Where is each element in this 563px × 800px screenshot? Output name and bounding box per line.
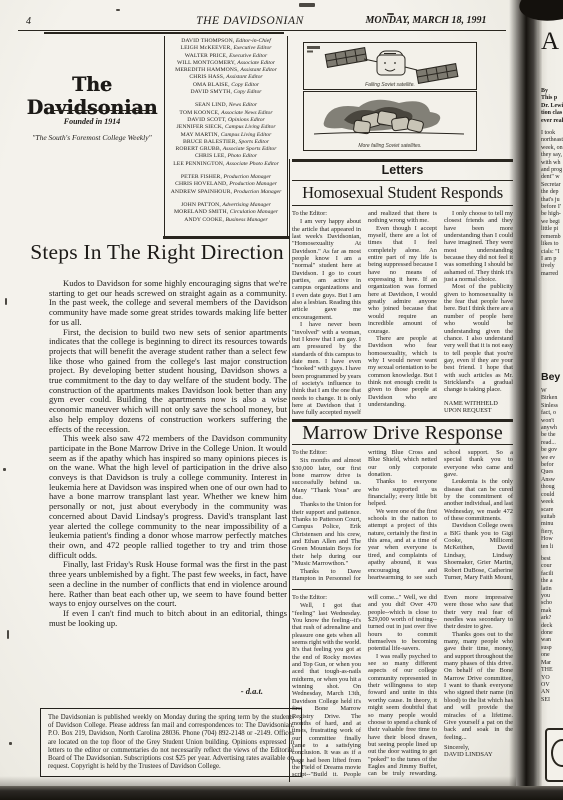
fragment-line: ten li xyxy=(541,544,558,551)
fragment-line: best xyxy=(541,556,553,563)
staff-member: OMA BLAISE, Copy Editor xyxy=(166,82,286,89)
cartoon-caption-1: Falling Soviet satellite. xyxy=(304,82,476,88)
fragment-line: latin xyxy=(541,586,553,593)
letter1-salutation: To the Editor: xyxy=(292,210,361,217)
staff-member: MORELAND SMITH, Circulation Manager xyxy=(166,209,286,216)
cartoon-caption-2: More falling Soviet satellites. xyxy=(304,143,476,149)
scan-speck xyxy=(299,3,315,7)
running-head-title: THE DAVIDSONIAN xyxy=(150,15,350,27)
fragment-line: thoug xyxy=(541,484,558,491)
fragment-line: YO xyxy=(541,675,553,682)
fragment-line: we begi xyxy=(541,219,563,226)
letter-paragraph: I only choose to tell my closest friends… xyxy=(444,210,513,283)
letter-closing: Sincerely, xyxy=(444,744,513,751)
fragment-line: and prog xyxy=(541,167,563,174)
letters-rule-under-heading xyxy=(292,180,513,181)
editorial-paragraph: If even I can't find much to bitch about… xyxy=(49,609,287,628)
editorial-headline: Steps In The Right Direction xyxy=(24,240,290,265)
cartoon-panel-2: More falling Soviet satellites. xyxy=(303,91,477,151)
staff-member: TOM KOONCE, Associate News Editor xyxy=(166,110,286,117)
ad-circle-glyph xyxy=(551,739,563,767)
staff-member: JENNIFER SIECK, Campus Living Editor xyxy=(166,124,286,131)
page-number: 4 xyxy=(26,16,31,27)
staff-member: PETER FISHER, Production Manager xyxy=(166,174,286,181)
letter-signature-line: UPON REQUEST xyxy=(444,407,513,415)
editorial-signature: - d.a.t. xyxy=(49,686,263,696)
masthead-founded: Founded in 1914 xyxy=(16,117,168,126)
letter1-headline: Homosexual Student Responds xyxy=(292,183,513,203)
letter1-body: To the Editor: I am very happy about the… xyxy=(292,210,513,418)
scan-speck xyxy=(5,298,7,305)
fragment-line: they say, xyxy=(541,152,563,159)
letter-paragraph: Leukemia is the only disease that can be… xyxy=(444,478,513,522)
fragment-line: the dep xyxy=(541,189,563,196)
fragment-line: Ques xyxy=(541,469,558,476)
staff-member: ROBERT GRUBB, Associate Sports Editor xyxy=(166,146,286,153)
marrow-rule-bottom xyxy=(292,444,513,445)
fragment-line: the a xyxy=(541,578,553,585)
fragment-line: dent" w xyxy=(541,174,563,181)
staff-group-business: JOHN PATTON, Advertising ManagerMORELAND… xyxy=(166,202,286,224)
scan-speck xyxy=(116,9,120,11)
staff-member: CHRIS HOVELAND, Production Manager xyxy=(166,181,286,188)
staff-member: BRUCE BALESTIER, Sports Editor xyxy=(166,139,286,146)
staff-member: CHRIS LEE, Photo Editor xyxy=(166,153,286,160)
letters-section-heading: Letters xyxy=(292,163,513,177)
fragment-line: northeast xyxy=(541,137,563,144)
fragment-line: week, on xyxy=(541,145,563,152)
fragment-line: mak xyxy=(541,608,553,615)
adjacent-low-lines: WBirkenSinlessfact, owon'tanywhbe therea… xyxy=(541,388,558,551)
column-divider-rule xyxy=(289,159,290,782)
fragment-line: we ev xyxy=(541,455,558,462)
letter-signature-line: NAME WITHHELD xyxy=(444,400,513,408)
staff-member: MEREDITH HAMMONS, Assistant Editor xyxy=(166,67,286,74)
fragment-line: fiery, xyxy=(541,529,558,536)
fragment-line: tively xyxy=(541,263,563,270)
fragment-line: AN xyxy=(541,689,553,696)
letter-signature: DAVID LINDSAY xyxy=(444,751,513,758)
newspaper-scan: A M ByThis pDr. Lewition clasever reall … xyxy=(0,0,563,800)
fragment-line: I am p xyxy=(541,256,563,263)
fragment-line: be the xyxy=(541,432,558,439)
adjacent-low-lines-2: bestcourfacilithe alatinyouschomakark?de… xyxy=(541,556,553,704)
masthead-logo: The Davidsonian xyxy=(16,73,168,119)
letter-paragraph: Thanks goes out to the many, many people… xyxy=(444,631,513,741)
running-head-date: MONDAY, MARCH 18, 1991 xyxy=(345,15,507,26)
adjacent-ad-box-fragment xyxy=(545,728,563,782)
fragment-line: marred xyxy=(541,271,563,278)
fragment-line: This p xyxy=(541,95,563,102)
marrow-letter-a-salutation: To the Editor: xyxy=(292,449,361,456)
marrow-letter-b-body: To the Editor: Well, I got that "feeling… xyxy=(292,594,513,782)
editorial-paragraph: This week also saw 472 members of the Da… xyxy=(49,434,287,560)
staff-group-section-editors: SEAN LIND, News EditorTOM KOONCE, Associ… xyxy=(166,102,286,168)
fragment-line: before I' xyxy=(541,204,563,211)
adjacent-subhead-fragment: Bey xyxy=(541,371,560,383)
fragment-line: could xyxy=(541,492,558,499)
letter-paragraph: Thanks to the Union for their support an… xyxy=(292,501,361,567)
fragment-line: THE xyxy=(541,667,553,674)
staff-member: WILL MONTGOMERY, Associate Editor xyxy=(166,60,286,67)
fragment-line: How xyxy=(541,536,558,543)
fragment-line: deck xyxy=(541,623,553,630)
masthead-motto: "The South's Foremost College Weekly" xyxy=(24,133,160,142)
adjacent-mid-lines: I tooknortheastweek, onthey say,with wha… xyxy=(541,130,563,278)
letters-rule-top xyxy=(292,159,513,162)
staff-group-production: PETER FISHER, Production ManagerCHRIS HO… xyxy=(166,174,286,196)
fragment-line: I took xyxy=(541,130,563,137)
fragment-line: read... xyxy=(541,440,558,447)
fragment-line: befor xyxy=(541,462,558,469)
fragment-line: minu xyxy=(541,521,558,528)
marrow-headline: Marrow Drive Response xyxy=(292,422,513,445)
staff-member: ANDREW SPAINHOUR, Production Manager xyxy=(166,189,286,196)
scan-speck xyxy=(9,742,12,745)
letter-paragraph: I am very happy about the article that a… xyxy=(292,218,361,321)
fragment-line: Secretar xyxy=(541,182,563,189)
staff-member: SEAN LIND, News Editor xyxy=(166,102,286,109)
editorial-body: Kudos to Davidson for some highly encour… xyxy=(49,279,287,681)
staff-member: MAY MARTIN, Campus Living Editor xyxy=(166,132,286,139)
satellite-toaster-drawing xyxy=(304,43,474,87)
crash-debris-drawing xyxy=(304,92,474,148)
staff-member: LEE PENNINGTON, Associate Photo Editor xyxy=(166,161,286,168)
scan-bottom-edge xyxy=(0,786,563,800)
fragment-line: susp xyxy=(541,645,553,652)
fragment-line: won't xyxy=(541,418,558,425)
fragment-line: anywh xyxy=(541,425,558,432)
fragment-line: you xyxy=(541,593,553,600)
scan-speck xyxy=(387,13,394,15)
staff-rule-right xyxy=(287,36,288,236)
fragment-line: Dr. Lewi xyxy=(541,103,563,110)
adjacent-headline-fragment: A M xyxy=(541,28,563,56)
staff-member: JOHN PATTON, Advertising Manager xyxy=(166,202,286,209)
staff-member: LEIGH McKEEVER, Executive Editor xyxy=(166,45,286,52)
letter-paragraph: There are people at Davidson who fear ho… xyxy=(368,335,437,408)
fragment-line: week xyxy=(541,499,558,506)
staff-member: DAVID THOMPSON, Editor-in-Chief xyxy=(166,38,286,45)
fragment-line: tion clas xyxy=(541,110,563,117)
staff-member: DAVID SCOTT, Opinions Editor xyxy=(166,117,286,124)
fragment-line: By xyxy=(541,88,563,95)
fragment-line: scare xyxy=(541,507,558,514)
fragment-line: Answ xyxy=(541,477,558,484)
fragment-line: SEI xyxy=(541,697,553,704)
fragment-line: ark? xyxy=(541,615,553,622)
fragment-line: Mar xyxy=(541,660,553,667)
fragment-line: Birken xyxy=(541,395,558,402)
staff-member: DAVID SMYTH, Copy Editor xyxy=(166,89,286,96)
fragment-line: done xyxy=(541,630,553,637)
letter-paragraph: Most of the publicity given to homosexua… xyxy=(444,283,513,393)
letter-paragraph: Even though I accept myself, there are a… xyxy=(368,225,437,335)
fragment-line: little pi xyxy=(541,226,563,233)
fragment-line: ever reall xyxy=(541,118,563,125)
staff-list: DAVID THOMPSON, Editor-in-ChiefLEIGH McK… xyxy=(166,38,286,230)
editorial-paragraph: First, the decision to build two new set… xyxy=(49,328,287,435)
scan-speck xyxy=(7,630,9,639)
fragment-line: facili xyxy=(541,571,553,578)
publication-info-box: The Davidsonian is published weekly on M… xyxy=(40,708,302,777)
editorial-paragraph: Finally, last Friday's Rusk House formal… xyxy=(49,560,287,609)
staff-rule-left xyxy=(164,36,165,236)
masthead-rule xyxy=(52,110,152,111)
staff-member: WALTER PRICE, Executive Editor xyxy=(166,53,286,60)
staff-rule-bottom xyxy=(163,236,290,239)
fragment-line: that's ju xyxy=(541,197,563,204)
marrow-letter-a-body: To the Editor: Six months and almost $30… xyxy=(292,449,513,586)
header-rule-thick xyxy=(44,32,284,35)
adjacent-top-lines: ByThis pDr. Lewition clasever reall xyxy=(541,88,563,125)
letter1-headline-rule xyxy=(292,205,513,206)
fragment-line: cour xyxy=(541,563,553,570)
staff-member: ANDY COOKE, Business Manager xyxy=(166,217,286,224)
fragment-line: with wh xyxy=(541,160,563,167)
marrow-letters-divider xyxy=(292,589,513,590)
editorial-paragraph: Kudos to Davidson for some highly encour… xyxy=(49,279,287,328)
letter-paragraph: Six months and almost $30,000 later, our… xyxy=(292,457,361,501)
fragment-line: rememb xyxy=(541,234,563,241)
letter-paragraph: Thanks to everyone who supported us fina… xyxy=(368,478,437,507)
fragment-line: be gov xyxy=(541,447,558,454)
fragment-line: scho xyxy=(541,600,553,607)
fragment-line: fact, o xyxy=(541,410,558,417)
fragment-line: be high- xyxy=(541,211,563,218)
fragment-line: W xyxy=(541,388,558,395)
staff-group-editors: DAVID THOMPSON, Editor-in-ChiefLEIGH McK… xyxy=(166,38,286,96)
cartoon-panel-1: Falling Soviet satellite. xyxy=(303,42,477,90)
page-gutter-fold xyxy=(509,0,542,800)
fragment-line: one xyxy=(541,652,553,659)
fragment-line: suitab xyxy=(541,514,558,521)
scan-speck xyxy=(3,468,6,471)
fragment-line: wan xyxy=(541,637,553,644)
fragment-line: likes to xyxy=(541,241,563,248)
fragment-line: cials: "I xyxy=(541,249,563,256)
fragment-line: OV xyxy=(541,682,553,689)
staff-member: CHRIS HASS, Assistant Editor xyxy=(166,74,286,81)
marrow-letter-b-salutation: To the Editor: xyxy=(292,594,361,601)
